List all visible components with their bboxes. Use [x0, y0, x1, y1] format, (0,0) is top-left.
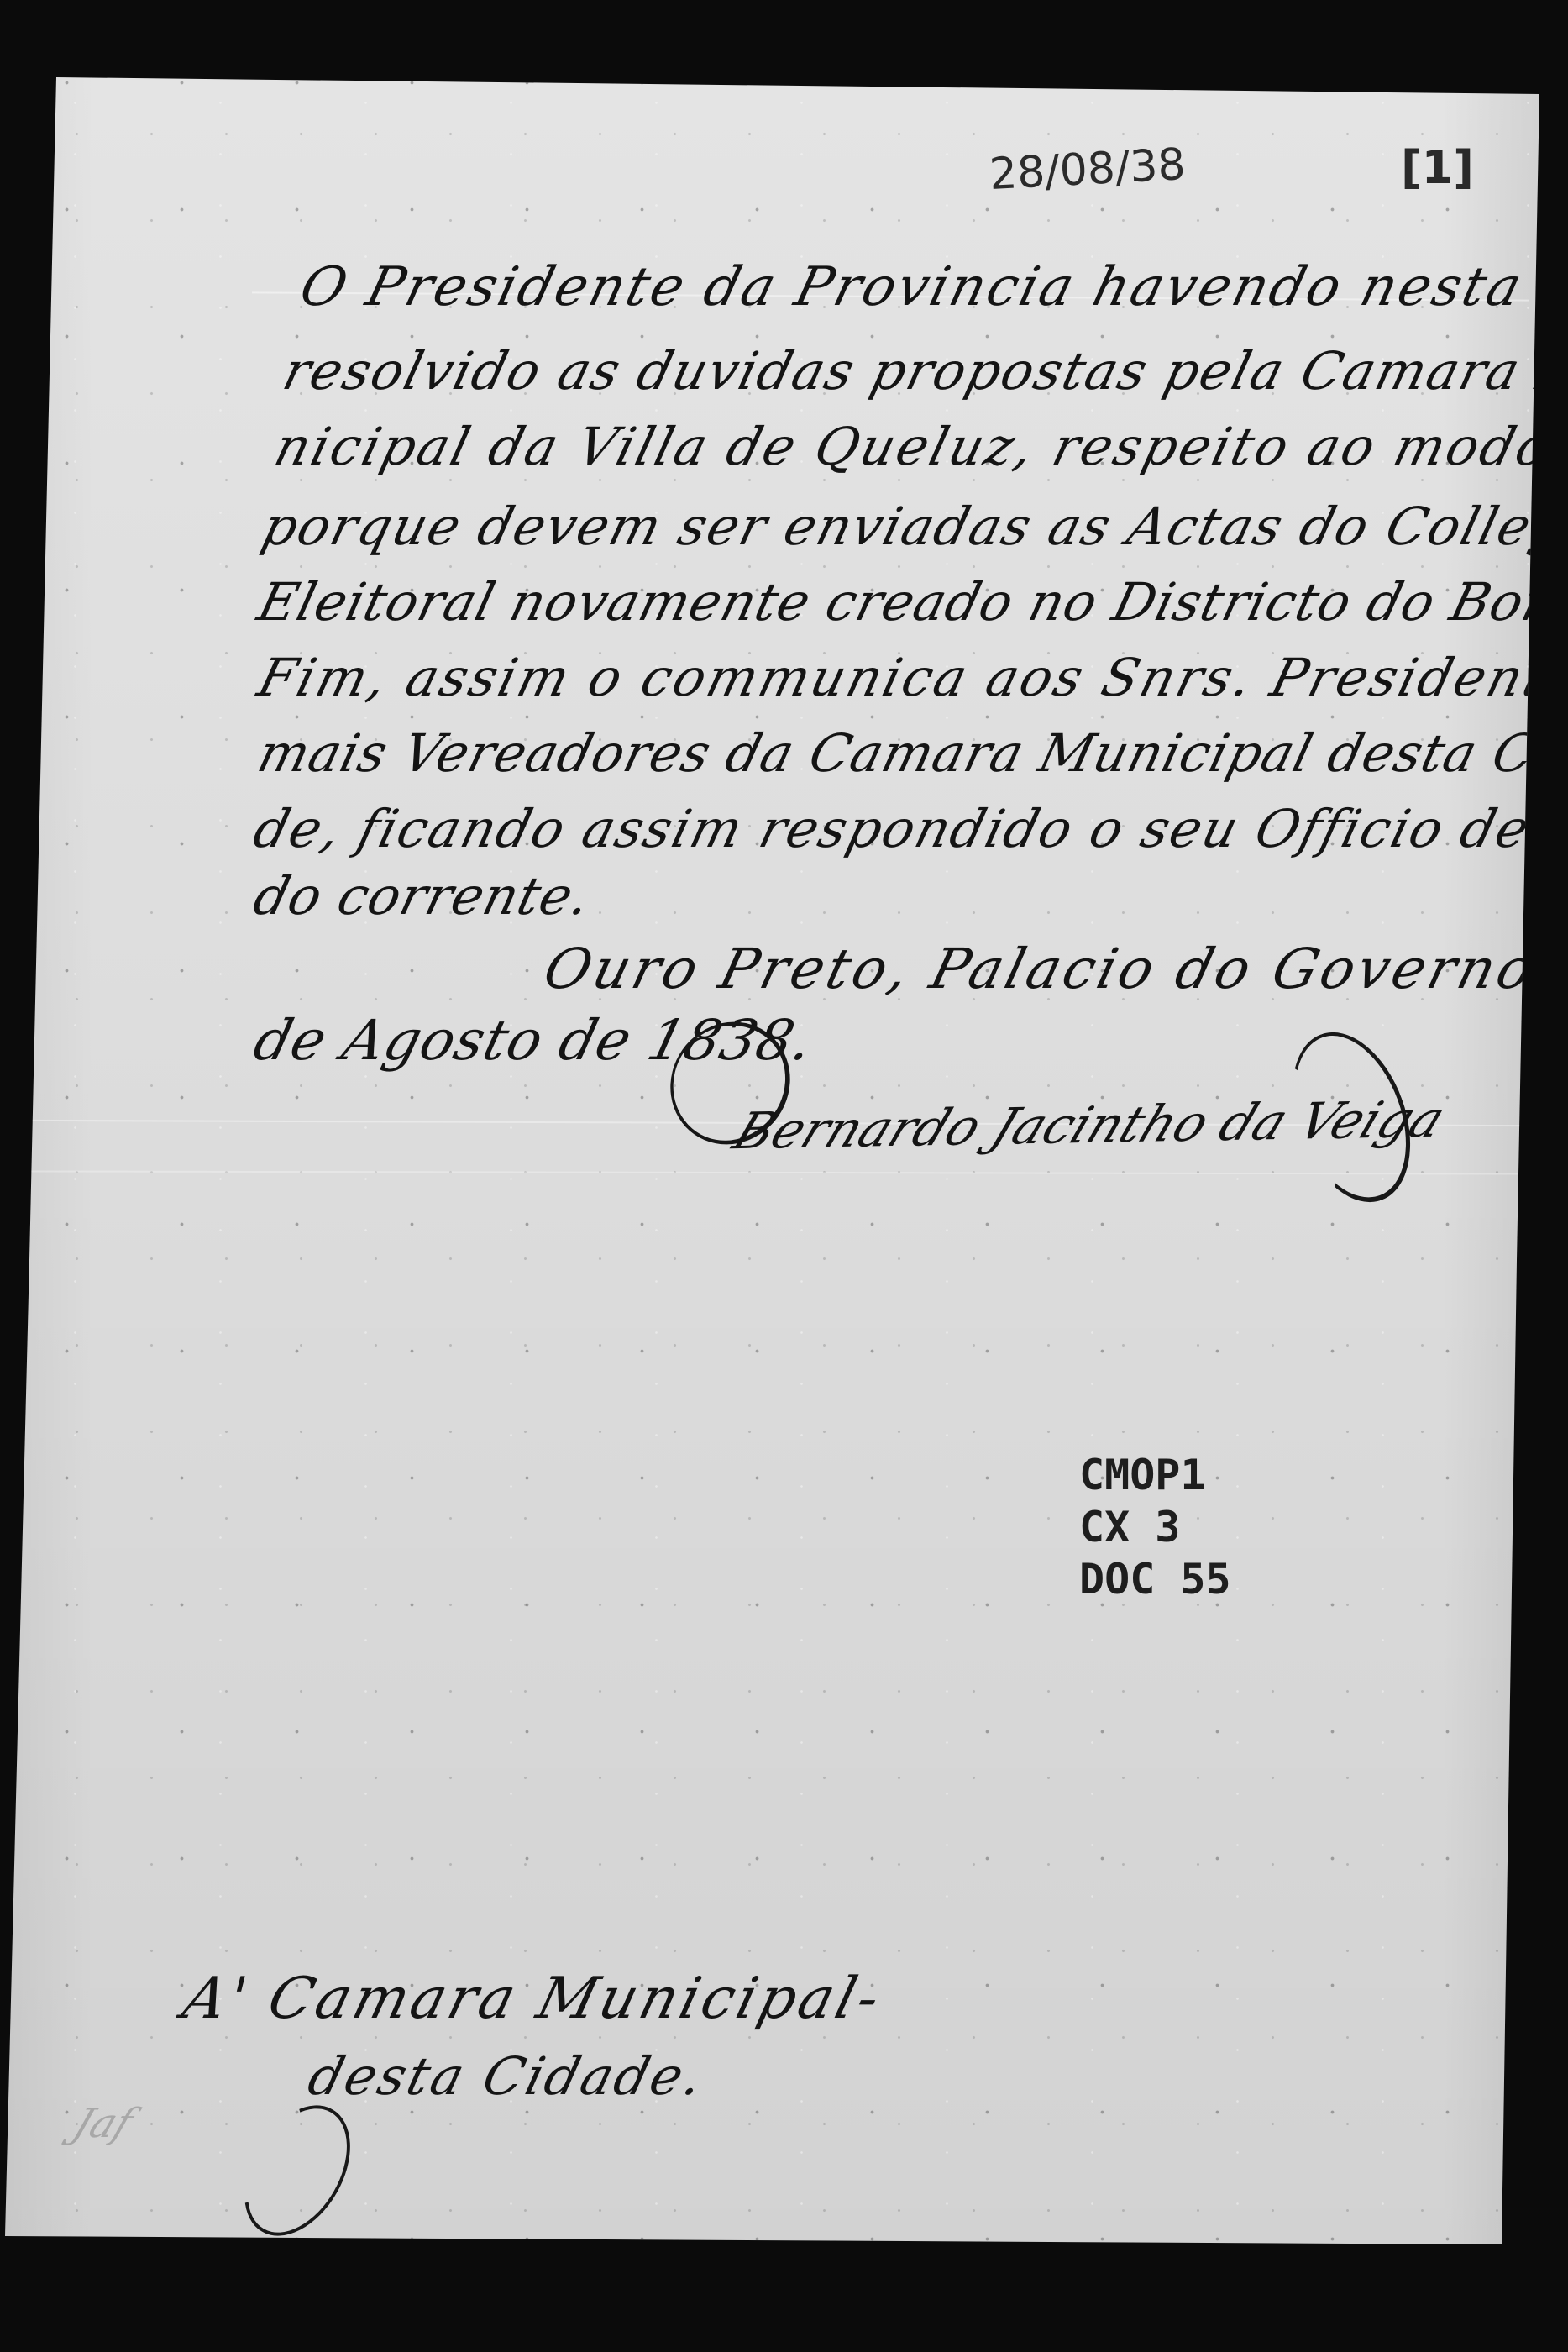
body-line: O Presidente da Provincia havendo nesta … [294, 256, 1568, 318]
address-line: desta Cidade. [302, 2045, 711, 2107]
address-flourish [223, 2087, 372, 2254]
body-line: mais Vereadores da Camara Municipal dest… [252, 722, 1568, 784]
archive-box: CX 3 [1079, 1501, 1231, 1553]
page-number: [1] [1401, 141, 1474, 194]
body-line: resolvido as duvidas propostas pela Cama… [277, 340, 1568, 402]
body-line: do corrente. [248, 865, 597, 927]
paper-sheet: 28/08/38 [1] O Presidente da Provincia h… [0, 0, 1568, 2352]
body-line: porque devem ser enviadas as Actas do Co… [256, 496, 1568, 557]
address-line: A' Camara Municipal- [176, 1966, 889, 2032]
archive-reference: CMOP1 CX 3 DOC 55 [1079, 1449, 1231, 1605]
archive-doc: DOC 55 [1079, 1553, 1231, 1605]
date-annotation: 28/08/38 [989, 139, 1187, 200]
scanned-document: 28/08/38 [1] O Presidente da Provincia h… [0, 0, 1568, 2352]
body-line: nicipal da Villa de Queluz, respeito ao … [269, 416, 1568, 477]
place-date-line: Ouro Preto, Palacio do Governo, em 28- [538, 937, 1568, 1001]
scan-streak [29, 1170, 1524, 1174]
archive-collection: CMOP1 [1079, 1449, 1231, 1501]
margin-pencil-note: Jaf [67, 2100, 139, 2147]
body-line: de, ficando assim respondido o seu Offic… [248, 798, 1568, 859]
body-line: Eleitoral novamente creado no Districto … [252, 571, 1568, 633]
body-line: Fim, assim o communica aos Snrs. Preside… [252, 647, 1568, 708]
